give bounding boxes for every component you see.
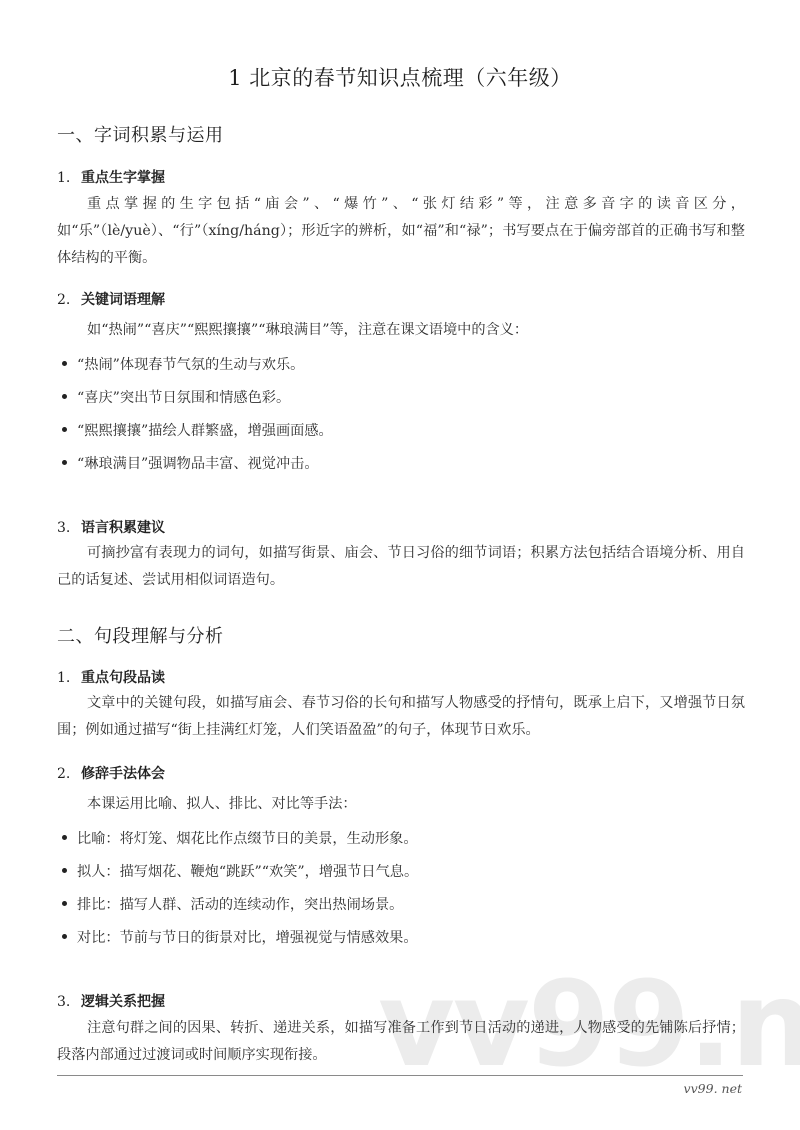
list-item-text: “熙熙攘攘”描绘人群繁盛，增强画面感。 bbox=[77, 423, 333, 439]
bullet-icon bbox=[62, 427, 67, 432]
subsection-title-1-1: 1.重点生字掌握 bbox=[57, 167, 165, 187]
bullet-icon bbox=[62, 835, 67, 840]
subsection-number: 3. bbox=[57, 520, 81, 536]
subsection-number: 2. bbox=[57, 292, 81, 308]
subsection-number: 3. bbox=[57, 994, 81, 1010]
list-item-text: “热闹”体现春节气氛的生动与欢乐。 bbox=[77, 357, 304, 373]
document-page: vv99.net 1 北京的春节知识点梳理（六年级） 一、字词积累与运用 1.重… bbox=[0, 0, 800, 1130]
subsection-title-2-2: 2.修辞手法体会 bbox=[57, 763, 165, 783]
paragraph-2-3: 注意句群之间的因果、转折、递进关系，如描写准备工作到节日活动的递进，人物感受的先… bbox=[57, 1015, 745, 1069]
bullet-icon bbox=[62, 901, 67, 906]
list-item: 对比：节前与节日的街景对比，增强视觉与情感效果。 bbox=[62, 928, 418, 961]
intro-1-2: 如“热闹”“喜庆”“熙熙攘攘”“琳琅满目”等，注意在课文语境中的含义： bbox=[87, 319, 528, 339]
document-title: 1 北京的春节知识点梳理（六年级） bbox=[0, 62, 800, 92]
subsection-label: 逻辑关系把握 bbox=[81, 994, 165, 1010]
list-item: 拟人：描写烟花、鞭炮“跳跃”“欢笑”，增强节日气息。 bbox=[62, 862, 418, 895]
bullet-icon bbox=[62, 868, 67, 873]
bullet-icon bbox=[62, 460, 67, 465]
bullet-list-2-2: 比喻：将灯笼、烟花比作点缀节日的美景，生动形象。 拟人：描写烟花、鞭炮“跳跃”“… bbox=[62, 829, 418, 961]
subsection-title-1-2: 2.关键词语理解 bbox=[57, 289, 165, 309]
subsection-number: 1. bbox=[57, 170, 81, 186]
list-item: 排比：描写人群、活动的连续动作，突出热闹场景。 bbox=[62, 895, 418, 928]
bullet-icon bbox=[62, 361, 67, 366]
subsection-title-2-3: 3.逻辑关系把握 bbox=[57, 991, 165, 1011]
footer-site-label: vv99. net bbox=[684, 1081, 742, 1096]
paragraph-2-1: 文章中的关键句段，如描写庙会、春节习俗的长句和描写人物感受的抒情句，既承上启下，… bbox=[57, 690, 745, 744]
list-item-text: 排比：描写人群、活动的连续动作，突出热闹场景。 bbox=[77, 897, 403, 913]
list-item: “喜庆”突出节日氛围和情感色彩。 bbox=[62, 388, 333, 421]
list-item-text: 比喻：将灯笼、烟花比作点缀节日的美景，生动形象。 bbox=[77, 831, 418, 847]
bullet-icon bbox=[62, 934, 67, 939]
footer-divider bbox=[57, 1075, 743, 1076]
section-title-2: 二、句段理解与分析 bbox=[57, 622, 224, 648]
list-item-text: 拟人：描写烟花、鞭炮“跳跃”“欢笑”，增强节日气息。 bbox=[77, 864, 418, 880]
list-item: “琳琅满目”强调物品丰富、视觉冲击。 bbox=[62, 454, 333, 487]
subsection-number: 1. bbox=[57, 670, 81, 686]
intro-2-2: 本课运用比喻、拟人、排比、对比等手法： bbox=[87, 793, 357, 813]
paragraph-1-1: 重点掌握的生字包括“庙会”、“爆竹”、“张灯结彩”等，注意多音字的读音区分，如“… bbox=[57, 191, 745, 272]
subsection-label: 修辞手法体会 bbox=[81, 766, 165, 782]
subsection-label: 语言积累建议 bbox=[81, 520, 165, 536]
list-item: “热闹”体现春节气氛的生动与欢乐。 bbox=[62, 355, 333, 388]
list-item: “熙熙攘攘”描绘人群繁盛，增强画面感。 bbox=[62, 421, 333, 454]
list-item-text: “喜庆”突出节日氛围和情感色彩。 bbox=[77, 390, 290, 406]
subsection-label: 重点生字掌握 bbox=[81, 170, 165, 186]
subsection-label: 重点句段品读 bbox=[81, 670, 165, 686]
subsection-title-2-1: 1.重点句段品读 bbox=[57, 667, 165, 687]
bullet-list-1-2: “热闹”体现春节气氛的生动与欢乐。 “喜庆”突出节日氛围和情感色彩。 “熙熙攘攘… bbox=[62, 355, 333, 487]
list-item-text: “琳琅满目”强调物品丰富、视觉冲击。 bbox=[77, 456, 319, 472]
subsection-label: 关键词语理解 bbox=[81, 292, 165, 308]
subsection-title-1-3: 3.语言积累建议 bbox=[57, 517, 165, 537]
list-item-text: 对比：节前与节日的街景对比，增强视觉与情感效果。 bbox=[77, 930, 418, 946]
section-title-1: 一、字词积累与运用 bbox=[57, 121, 224, 147]
list-item: 比喻：将灯笼、烟花比作点缀节日的美景，生动形象。 bbox=[62, 829, 418, 862]
bullet-icon bbox=[62, 394, 67, 399]
paragraph-1-3: 可摘抄富有表现力的词句，如描写街景、庙会、节日习俗的细节词语；积累方法包括结合语… bbox=[57, 540, 745, 594]
subsection-number: 2. bbox=[57, 766, 81, 782]
